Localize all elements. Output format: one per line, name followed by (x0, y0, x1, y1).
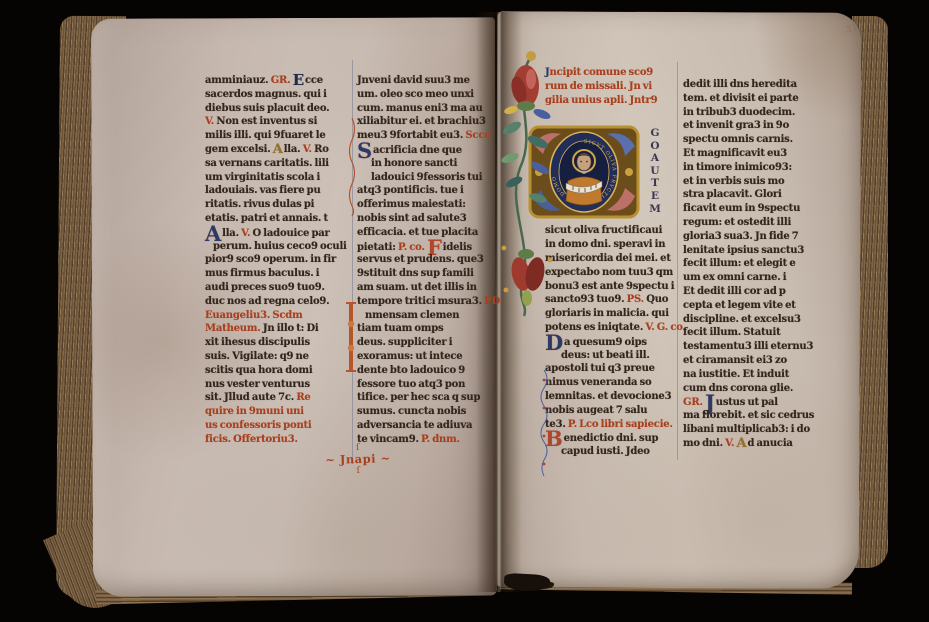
display-capital-letter: O (647, 140, 663, 153)
display-capital-letter: G (647, 127, 663, 140)
manuscript-text-line: Alla. V. O ladouice par (205, 226, 353, 240)
manuscript-text-line: testamentu3 illi eternu3 (683, 340, 841, 354)
text-segment: O ladouice par (253, 228, 330, 239)
manuscript-text-line: in honore sancti (357, 157, 493, 171)
text-segment: Re (296, 392, 310, 403)
text-segment: pietati: (357, 242, 398, 253)
manuscript-text-line: deus. suppliciter i (357, 336, 493, 350)
manuscript-text-line: fecit illum. Statuit (683, 326, 841, 340)
manuscript-text-line: pietati: P. co. Fidelis (357, 240, 493, 254)
text-segment: P. dnm. (421, 434, 460, 445)
text-segment: xiliabitur ei. et brachiu3 (357, 116, 486, 127)
text-segment: V. (241, 228, 252, 239)
manuscript-text-line: mo dni. V. Ad anucia (683, 437, 841, 451)
text-segment: sacerdos magnus. qui i (205, 89, 327, 100)
text-segment: mus firmus baculus. i (205, 268, 319, 279)
manuscript-text-line: ma florebit. et sic cedrus (683, 409, 841, 423)
catchword: ſ ~ Jnapi ~ ſ (316, 443, 401, 476)
manuscript-text-line: atq3 pontificis. tue i (357, 184, 493, 198)
text-segment: sicut oliva fructificaui (545, 225, 662, 236)
text-segment: cce (305, 75, 323, 86)
manuscript-text-line: um virginitatis scola i (205, 171, 353, 185)
intercolumn-penwork-squiggle (346, 116, 358, 218)
text-segment: fecit illum. Statuit (683, 327, 781, 338)
manuscript-text-line: gloria3 sua3. Jn fide 7 (683, 230, 841, 244)
text-segment: in timore inimico93: (683, 162, 792, 173)
manuscript-text-line: discipline. et excelsu3 (683, 313, 841, 327)
text-segment: fessore tuo atq3 pon (357, 379, 465, 390)
manuscript-text-line: Matheum. Jn illo t: Di (205, 322, 353, 336)
manuscript-text-line: Da quesum9 oips (545, 335, 677, 349)
text-segment: bonu3 est ante 9spectu i (545, 281, 674, 292)
text-segment: gloria3 sua3. Jn fide 7 (683, 231, 799, 242)
manuscript-text-line: pior9 sco9 operum. in fir (205, 253, 353, 267)
text-segment: exoramus: ut intece (357, 351, 462, 362)
manuscript-text-line: sacerdos magnus. qui i (205, 88, 353, 102)
manuscript-text-line: ritatis. rivus dulas pi (205, 198, 353, 212)
text-segment: Jnveni david suu3 me (357, 75, 470, 86)
manuscript-photo: amminiauz. GR. Eccesacerdos magnus. qui … (0, 0, 929, 622)
manuscript-text-line: fessore tuo atq3 pon (357, 378, 493, 392)
text-segment: ficis. Offertoriu3. (205, 434, 298, 445)
manuscript-text-line: te3. P. Lco libri sapiecie. (545, 418, 677, 432)
text-segment: ladouiais. vas fiere pu (205, 185, 321, 196)
text-segment: fecit illum: et elegit e (683, 258, 796, 269)
manuscript-text-line: nmensam clemen (357, 309, 493, 323)
text-segment: dente bto ladouico 9 (357, 365, 465, 376)
text-segment: GR. (683, 397, 705, 408)
text-segment: um virginitatis scola i (205, 172, 320, 183)
manuscript-text-line: rum de missali. Jn vi (545, 80, 677, 94)
manuscript-text-line: spectu omnis carnis. (683, 133, 841, 147)
text-segment: tiam tuam omps (357, 323, 443, 334)
manuscript-text-line: na iustitie. Et induit (683, 368, 841, 382)
text-segment: ncipit comune sco9 (550, 67, 654, 78)
manuscript-text-line: gloriaris in malicia. qui (545, 307, 677, 321)
text-segment: V. (303, 144, 314, 155)
text-segment: atq3 pontificis. tue i (357, 185, 464, 196)
text-segment: acrificia dne que (373, 145, 462, 156)
text-segment: quire in 9muni uni (205, 406, 304, 417)
manuscript-text-line: quire in 9muni uni (205, 405, 353, 419)
text-segment: nobis augeat 7 salu (545, 405, 647, 416)
manuscript-text-line: lenitate ipsius sanctu3 (683, 244, 841, 258)
text-segment: d anucia (747, 438, 792, 449)
display-capital-letter: M (647, 203, 663, 216)
text-segment: P. Lco libri sapiecie. (568, 419, 673, 430)
text-segment: tifice. per hec sca q sup (357, 392, 480, 403)
text-segment: V. G. co. (645, 322, 685, 333)
manuscript-text-line: stra placavit. Glori (683, 188, 841, 202)
text-segment: ritatis. rivus dulas pi (205, 199, 314, 210)
text-segment: S (357, 143, 372, 158)
manuscript-text-line: nus vester venturus (205, 378, 353, 392)
manuscript-text-line: audi preces suo9 tuo9. (205, 281, 353, 295)
text-segment: et ciramansit ei3 zo (683, 355, 787, 366)
left-page-column-2: Jnveni david suu3 meum. oleo sco meo unx… (357, 74, 493, 447)
manuscript-text-line: um ex omni carne. i (683, 271, 841, 285)
display-capital-letter: A (647, 152, 663, 165)
manuscript-text-line: Euangeliu3. Scdm (205, 309, 353, 323)
manuscript-text-line: amminiauz. GR. Ecce (205, 74, 353, 88)
text-segment: sa vernans caritatis. lili (205, 158, 329, 169)
manuscript-text-line: Et magnificavit eu3 (683, 147, 841, 161)
manuscript-text-line: ladouiais. vas fiere pu (205, 184, 353, 198)
text-segment: capud iusti. Jdeo (561, 446, 650, 457)
manuscript-text-line: Sacrificia dne que (357, 143, 493, 157)
text-segment: rum de missali. Jn vi (545, 81, 652, 92)
text-segment: V. (725, 438, 736, 449)
manuscript-text-line: dedit illi dns heredita (683, 78, 841, 92)
text-segment: deus: ut beati ill. (561, 350, 650, 361)
manuscript-text-line: scitis qua hora domi (205, 364, 353, 378)
manuscript-text-line: milis illi. qui 9fuaret le (205, 129, 353, 143)
text-segment: cum. manus eni3 ma au (357, 103, 483, 114)
column-ruling-line (677, 62, 678, 460)
manuscript-text-line: sicut oliva fructificaui (545, 224, 677, 238)
text-segment: pior9 sco9 operum. in fir (205, 254, 336, 265)
manuscript-text-line: potens es iniqtate. V. G. co. (545, 321, 677, 335)
text-segment: nimus veneranda so (545, 377, 652, 388)
text-segment: efficacia. et tue placita (357, 227, 478, 238)
manuscript-text-line: dente bto ladouico 9 (357, 364, 493, 378)
text-segment: gloriaris in malicia. qui (545, 308, 669, 319)
text-segment: nobis sint ad salute3 (357, 213, 467, 224)
foliate-border-decoration (496, 48, 560, 318)
text-segment: in domo dni. speravi in (545, 239, 665, 250)
text-segment: Scco (465, 130, 490, 141)
text-segment: 9stituit dns sup famili (357, 268, 474, 279)
text-segment: Quo (646, 294, 668, 305)
text-segment: milis illi. qui 9fuaret le (205, 130, 326, 141)
text-segment: scitis qua hora domi (205, 365, 312, 376)
text-segment: xit ihesus discipulis (205, 337, 310, 348)
text-segment: P. co. (398, 242, 427, 253)
text-segment: A (273, 143, 283, 156)
text-segment: audi preces suo9 tuo9. (205, 282, 325, 293)
text-segment: J (705, 395, 715, 410)
manuscript-text-line: sa vernans caritatis. lili (205, 157, 353, 171)
text-segment: servus et prudens. que3 (357, 254, 484, 265)
manuscript-text-line: sit. Jllud aute 7c. Re (205, 391, 353, 405)
text-segment: ladouici 9fessoris tui (371, 172, 482, 183)
manuscript-text-line: misericordia dei mei. et (545, 252, 677, 266)
manuscript-text-line: etatis. patri et annais. t (205, 212, 353, 226)
manuscript-text-line: bonu3 est ante 9spectu i (545, 280, 677, 294)
text-segment: cum dns corona glie. (683, 383, 793, 394)
manuscript-text-line: V. Non est inventus si (205, 115, 353, 129)
text-segment: amminiauz. (205, 75, 271, 86)
text-segment: tempore tritici msura3. (357, 296, 484, 307)
text-segment: duc nos ad regna celo9. (205, 296, 329, 307)
text-segment: Jn illo t: Di (263, 323, 319, 334)
manuscript-text-line: am suam. ut det illis in (357, 281, 493, 295)
text-segment: D (545, 335, 563, 350)
manuscript-text-line: perum. huius ceco9 oculi (205, 240, 353, 254)
text-segment: um. oleo sco meo unxi (357, 89, 474, 100)
vertical-display-capitals: GOAUTEM (647, 127, 663, 215)
text-segment: GR. (271, 75, 293, 86)
text-segment: gem excelsi. (205, 144, 273, 155)
text-segment: am suam. ut det illis in (357, 282, 477, 293)
text-segment: suis. Vigilate: q9 ne (205, 351, 309, 362)
text-segment: F (427, 240, 442, 255)
text-segment: us confessoris ponti (205, 420, 312, 431)
text-segment: apostoli tui q3 preue (545, 363, 655, 374)
text-segment: Euangeliu3. Scdm (205, 310, 302, 321)
text-segment: Non est inventus si (216, 116, 317, 127)
text-segment: Ro (314, 144, 329, 155)
display-capital-letter: E (647, 190, 663, 203)
manuscript-text-line: cum. manus eni3 ma au (357, 102, 493, 116)
manuscript-text-line: gilia unius apli. Jntr9 (545, 94, 677, 108)
text-segment: meu3 9fortabit eu3. (357, 130, 465, 141)
text-segment: expectabo nom tuu3 qm (545, 267, 673, 278)
text-segment: deus. suppliciter i (357, 337, 452, 348)
manuscript-text-line: servus et prudens. que3 (357, 253, 493, 267)
text-segment: Matheum. (205, 323, 263, 334)
text-segment: etatis. patri et annais. t (205, 213, 328, 224)
text-segment: nmensam clemen (365, 310, 459, 321)
manuscript-text-line: in domo dni. speravi in (545, 238, 677, 252)
manuscript-text-line: xiliabitur ei. et brachiu3 (357, 115, 493, 129)
text-segment: Et dedit illi cor ad p (683, 286, 786, 297)
text-segment: ficavit eum in 9spectu (683, 203, 800, 214)
text-segment: et invenit gra3 in 9o (683, 120, 789, 131)
manuscript-text-line: nimus veneranda so (545, 376, 677, 390)
text-segment: in honore sancti (371, 158, 457, 169)
text-segment: adversancia te adiuva (357, 420, 472, 431)
manuscript-text-line: sumus. cuncta nobis (357, 405, 493, 419)
manuscript-text-line: in timore inimico93: (683, 161, 841, 175)
manuscript-text-line: ladouici 9fessoris tui (357, 171, 493, 185)
text-segment: A (737, 437, 747, 450)
manuscript-text-line: suis. Vigilate: q9 ne (205, 350, 353, 364)
text-segment: regum: et ostedit illi (683, 217, 791, 228)
text-segment: idelis (443, 242, 472, 253)
manuscript-text-line: duc nos ad regna celo9. (205, 295, 353, 309)
text-segment: testamentu3 illi eternu3 (683, 341, 813, 352)
manuscript-text-line: regum: et ostedit illi (683, 216, 841, 230)
manuscript-text-line: gem excelsi. Alla. V. Ro (205, 143, 353, 157)
manuscript-text-line: tem. et divisit ei parte (683, 92, 841, 106)
text-segment: dedit illi dns heredita (683, 79, 797, 90)
manuscript-text-line: GR. Justus ut pal (683, 395, 841, 409)
text-segment: et in verbis suis mo (683, 176, 784, 187)
manuscript-text-line: expectabo nom tuu3 qm (545, 266, 677, 280)
text-segment: stra placavit. Glori (683, 189, 782, 200)
text-segment: nus vester venturus (205, 379, 310, 390)
manuscript-text-line: tifice. per hec sca q sup (357, 391, 493, 405)
manuscript-text-line: efficacia. et tue placita (357, 226, 493, 240)
text-segment: enedictio dni. sup (564, 433, 659, 444)
text-segment: gilia unius apli. Jntr9 (545, 95, 657, 106)
text-segment: tem. et divisit ei parte (683, 93, 798, 104)
manuscript-text-line: fecit illum: et elegit e (683, 257, 841, 271)
text-segment: Et magnificavit eu3 (683, 148, 787, 159)
text-segment: in tribub3 duodecim. (683, 107, 795, 118)
manuscript-text-line: Jnveni david suu3 me (357, 74, 493, 88)
manuscript-text-line: sancto93 tuo9. PS. Quo (545, 293, 677, 307)
text-segment: ma florebit. et sic cedrus (683, 410, 814, 421)
text-segment: offerimus maiestati: (357, 199, 466, 210)
text-segment: misericordia dei mei. et (545, 253, 671, 264)
text-segment: a quesum9 oips (564, 337, 647, 348)
text-segment: sit. Jllud aute 7c. (205, 392, 296, 403)
text-segment: libani multiplicab3: i do (683, 424, 810, 435)
text-segment: discipline. et excelsu3 (683, 314, 801, 325)
manuscript-text-line: in tribub3 duodecim. (683, 106, 841, 120)
text-segment: ustus ut pal (716, 397, 778, 408)
text-segment: PS. (627, 294, 647, 305)
manuscript-text-line: nobis sint ad salute3 (357, 212, 493, 226)
manuscript-text-line: Benedictio dni. sup (545, 431, 677, 445)
manuscript-text-line: deus: ut beati ill. (545, 349, 677, 363)
text-segment: spectu omnis carnis. (683, 134, 793, 145)
text-segment: perum. huius ceco9 oculi (213, 241, 347, 252)
text-segment: mo dni. (683, 438, 725, 449)
manuscript-text-line: offerimus maiestati: (357, 198, 493, 212)
manuscript-text-line: lemnitas. et devocione3 (545, 390, 677, 404)
text-segment: sumus. cuncta nobis (357, 406, 466, 417)
text-segment: lemnitas. et devocione3 (545, 391, 671, 402)
manuscript-text-line: diebus suis placuit deo. (205, 102, 353, 116)
manuscript-text-line: et invenit gra3 in 9o (683, 119, 841, 133)
display-capital-letter: U (647, 165, 663, 178)
text-segment: um ex omni carne. i (683, 272, 786, 283)
display-capital-letter: T (647, 177, 663, 190)
manuscript-text-line: um. oleo sco meo unxi (357, 88, 493, 102)
manuscript-text-line: nobis augeat 7 salu (545, 404, 677, 418)
text-segment: lenitate ipsius sanctu3 (683, 245, 804, 256)
text-segment: cepta et legem vite et (683, 300, 796, 311)
manuscript-text-line: xit ihesus discipulis (205, 336, 353, 350)
text-segment: A (205, 226, 221, 241)
manuscript-text-line: tiam tuam omps (357, 322, 493, 336)
manuscript-text-line: tempore tritici msura3. PD. (357, 295, 493, 309)
manuscript-text-line: et in verbis suis mo (683, 175, 841, 189)
text-segment: E (293, 74, 304, 87)
text-segment: lla. (284, 144, 303, 155)
marginal-penwork-flourish (536, 368, 552, 480)
manuscript-text-line: ficavit eum in 9spectu (683, 202, 841, 216)
text-segment: lla. (222, 228, 241, 239)
manuscript-text-line: Et dedit illi cor ad p (683, 285, 841, 299)
manuscript-text-line: us confessoris ponti (205, 419, 353, 433)
manuscript-text-line: mus firmus baculus. i (205, 267, 353, 281)
left-page-column-1: amminiauz. GR. Eccesacerdos magnus. qui … (205, 74, 353, 447)
manuscript-text-line: cepta et legem vite et (683, 299, 841, 313)
manuscript-text-line: apostoli tui q3 preue (545, 362, 677, 376)
manuscript-text-line: adversancia te adiuva (357, 419, 493, 433)
text-segment: V. (205, 116, 216, 127)
text-segment: na iustitie. Et induit (683, 369, 789, 380)
right-page-column-2: dedit illi dns hereditatem. et divisit e… (683, 78, 841, 451)
manuscript-text-line: capud iusti. Jdeo (545, 445, 677, 459)
text-segment: diebus suis placuit deo. (205, 103, 329, 114)
manuscript-text-line: meu3 9fortabit eu3. Scco (357, 129, 493, 143)
manuscript-text-line: 9stituit dns sup famili (357, 267, 493, 281)
tall-initial-i (344, 300, 358, 374)
manuscript-text-line: et ciramansit ei3 zo (683, 354, 841, 368)
manuscript-text-line: exoramus: ut intece (357, 350, 493, 364)
manuscript-text-line: Jncipit comune sco9 (545, 66, 677, 80)
manuscript-text-line: libani multiplicab3: i do (683, 423, 841, 437)
